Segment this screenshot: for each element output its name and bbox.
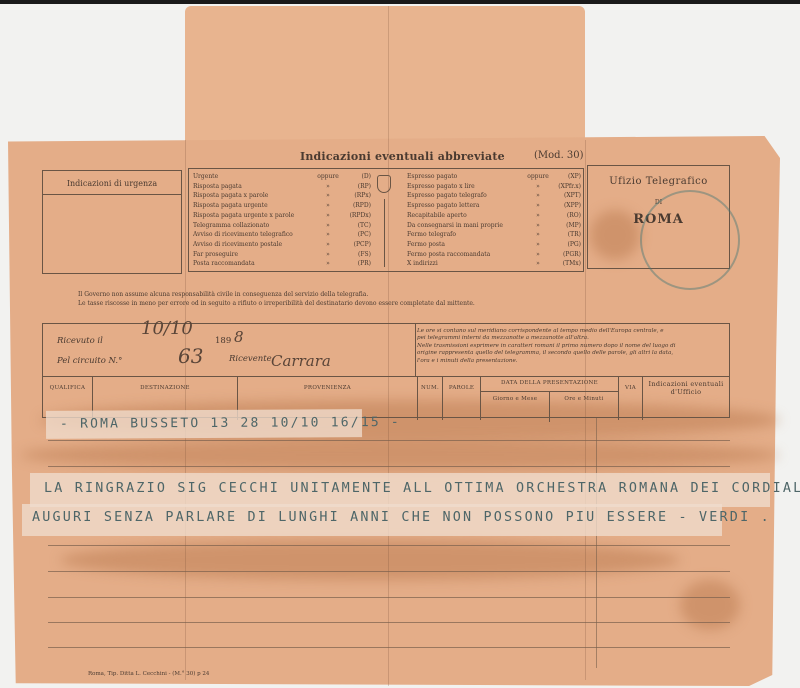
ruled-line <box>48 622 730 623</box>
abbreviation-row: Risposta pagata urgente x parole»(RPDx) <box>193 211 371 221</box>
ruled-line <box>48 571 730 572</box>
receiver-label: Ricevente <box>229 354 272 364</box>
received-label: Ricevuto il <box>57 336 103 346</box>
year-prefix: 189 <box>215 336 231 346</box>
abbreviation-row: Avviso di ricevimento telegrafico»(PC) <box>193 230 371 240</box>
abbreviation-row: Espresso pagatooppure(XP) <box>407 172 581 182</box>
circuit-number-handwritten: 63 <box>178 344 203 368</box>
abbreviations-table: Urgenteoppure(D) Risposta pagata»(RP) Ri… <box>188 168 584 272</box>
header-via: VIA <box>619 377 643 420</box>
column-divider <box>384 199 385 267</box>
abbreviation-row: Risposta pagata»(RP) <box>193 182 371 192</box>
abbreviation-row: Risposta pagata urgente»(RPD) <box>193 201 371 211</box>
receiver-signature: Carrara <box>271 352 331 370</box>
rules-divider <box>415 324 416 376</box>
header-parole: PAROLE <box>443 377 481 420</box>
abbreviations-title: Indicazioni eventuali abbreviate <box>300 150 505 163</box>
year-handwritten: 8 <box>234 328 244 346</box>
ruled-line <box>48 545 730 546</box>
abbreviation-row: Espresso pagato x lire»(XPfr.x) <box>407 182 581 192</box>
government-notice: Il Governo non assume alcuna responsabil… <box>78 291 368 298</box>
subheader-giorno-mese: Giorno e Mese <box>481 392 550 422</box>
abbreviation-row: Urgenteoppure(D) <box>193 172 371 182</box>
abbreviation-row: Posta raccomandata»(PR) <box>193 259 371 269</box>
postmark-stamp-icon <box>640 190 740 290</box>
abbreviation-row: Telegramma collazionato»(TC) <box>193 221 371 231</box>
ruled-line <box>48 597 730 598</box>
header-num: NUM. <box>418 377 443 420</box>
office-title: Ufizio Telegrafico <box>588 176 729 187</box>
ruled-line <box>48 440 730 441</box>
tape-message-line-1: LA RINGRAZIO SIG CECCHI UNITAMENTE ALL O… <box>30 473 770 507</box>
urgency-title: Indicazioni di urgenza <box>43 171 181 195</box>
abbreviation-row: Recapitabile aperto»(RO) <box>407 211 581 221</box>
header-indicazioni-ufficio: Indicazioni eventuali d'Ufficio <box>643 377 729 420</box>
tax-notice: Le tasse riscosse in meno per errore od … <box>78 300 475 307</box>
abbreviation-row: Fermo posta raccomandata»(PGR) <box>407 250 581 260</box>
circuit-label: Pel circuito N.° <box>57 356 122 366</box>
water-stain <box>60 540 680 580</box>
urgency-box: Indicazioni di urgenza <box>42 170 182 274</box>
royal-crest-icon <box>377 175 391 193</box>
abbreviation-row: Da consegnarsi in mani proprie»(MP) <box>407 221 581 231</box>
header-data-presentazione: DATA DELLA PRESENTAZIONE Giorno e Mese O… <box>481 377 619 420</box>
tape-message-line-2: AUGURI SENZA PARLARE DI LUNGHI ANNI CHE … <box>22 504 722 536</box>
received-date-handwritten: 10/10 <box>141 318 193 339</box>
ruled-line <box>48 466 730 467</box>
ruled-line <box>48 647 730 648</box>
abbreviation-row: Fermo telegrafo»(TR) <box>407 230 581 240</box>
abbreviations-left-column: Urgenteoppure(D) Risposta pagata»(RP) Ri… <box>193 172 371 269</box>
subheader-ore-minuti: Ore e Minuti <box>550 392 618 422</box>
abbreviation-row: Risposta pagata x parole»(RPx) <box>193 191 371 201</box>
printer-imprint: Roma, Tip. Ditta L. Cecchini - (M.° 30) … <box>88 671 209 677</box>
abbreviations-right-column: Espresso pagatooppure(XP) Espresso pagat… <box>407 172 581 269</box>
abbreviation-row: Espresso pagato lettera»(XPP) <box>407 201 581 211</box>
scan-top-edge <box>0 0 800 4</box>
abbreviation-row: Espresso pagato telegrafo»(XPT) <box>407 191 581 201</box>
telegram-top-flap <box>185 6 585 142</box>
tape-header-line: - ROMA BUSSETO 13 28 10/10 16/15 - <box>46 409 362 439</box>
abbreviation-row: Fermo posta»(PG) <box>407 240 581 250</box>
form-model: (Mod. 30) <box>534 150 584 161</box>
abbreviation-row: Far proseguire»(FS) <box>193 250 371 260</box>
rules-text: Le ore si contano sul meridiano corrispo… <box>417 328 727 365</box>
reception-form: Ricevuto il 10/10 189 8 Pel circuito N.°… <box>42 323 730 418</box>
abbreviation-row: X indirizzi»(TMx) <box>407 259 581 269</box>
column-line <box>596 418 597 668</box>
abbreviation-row: Avviso di ricevimento postale»(PCP) <box>193 240 371 250</box>
